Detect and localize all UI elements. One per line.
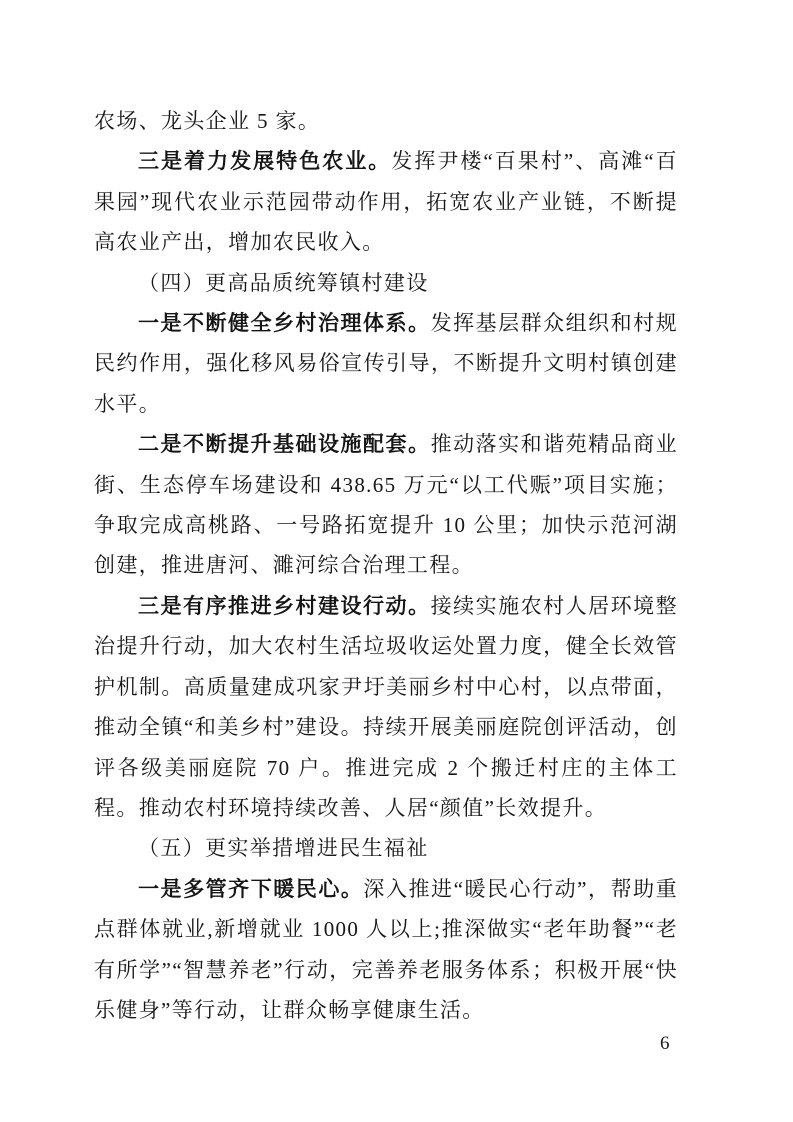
paragraph: 一是多管齐下暖民心。深入推进“暖民心行动”，帮助重点群体就业,新增就业 1000… [94,869,678,1031]
paragraph-lead: 二是不断提升基础设施配套。 [138,432,431,456]
paragraph: 一是不断健全乡村治理体系。发挥基层群众组织和村规民约作用，强化移风易俗宣传引导，… [94,303,678,424]
paragraph-body: 接续实施农村人居环境整治提升行动，加大农村生活垃圾收运处置力度，健全长效管护机制… [94,594,678,820]
section-heading-text: （四）更高品质统筹镇村建设 [138,271,429,295]
paragraph: 三是有序推进乡村建设行动。接续实施农村人居环境整治提升行动，加大农村生活垃圾收运… [94,586,678,828]
section-heading: （四）更高品质统筹镇村建设 [94,263,678,303]
page-number: 6 [660,1033,670,1055]
paragraph: 二是不断提升基础设施配套。推动落实和谐苑精品商业街、生态停车场建设和 438.6… [94,424,678,586]
paragraph-lead: 三是着力发展特色农业。 [138,149,391,173]
document-body: 农场、龙头企业 5 家。 三是着力发展特色农业。发挥尹楼“百果村”、高滩“百果园… [94,101,678,1030]
section-heading: （五）更实举措增进民生福祉 [94,828,678,868]
paragraph-lead: 一是不断健全乡村治理体系。 [138,311,431,335]
paragraph-continued: 农场、龙头企业 5 家。 [94,101,678,141]
paragraph-body: 农场、龙头企业 5 家。 [94,109,320,133]
section-heading-text: （五）更实举措增进民生福祉 [138,836,429,860]
document-page: 农场、龙头企业 5 家。 三是着力发展特色农业。发挥尹楼“百果村”、高滩“百果园… [0,0,793,1122]
paragraph: 三是着力发展特色农业。发挥尹楼“百果村”、高滩“百果园”现代农业示范园带动作用，… [94,141,678,262]
paragraph-lead: 三是有序推进乡村建设行动。 [138,594,431,618]
paragraph-lead: 一是多管齐下暖民心。 [138,877,363,901]
